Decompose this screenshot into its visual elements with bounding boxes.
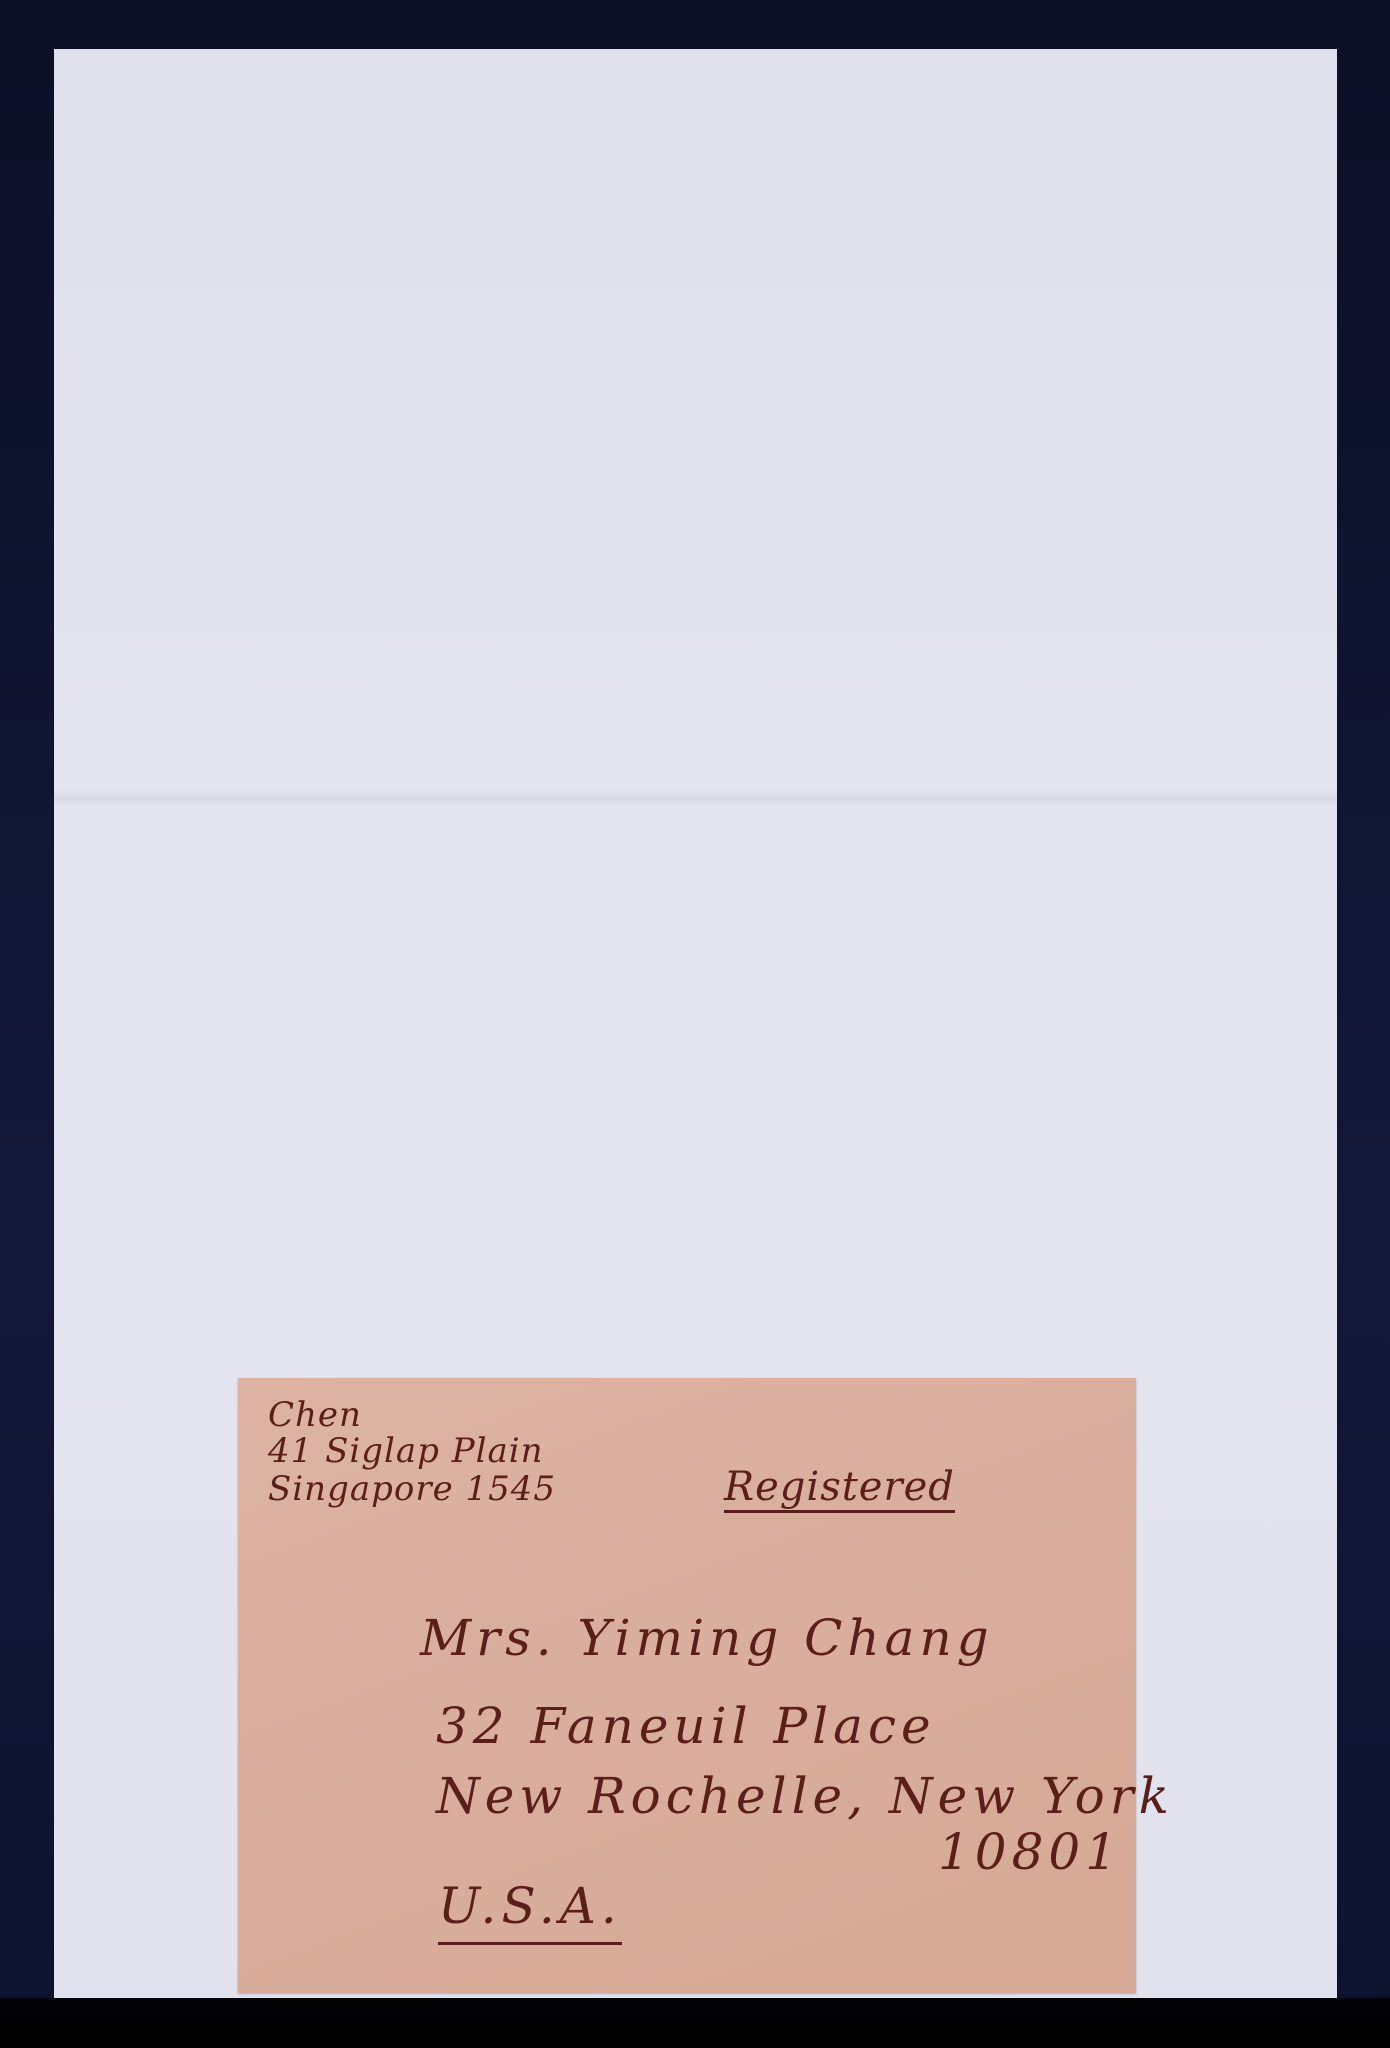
recipient-city-state: New Rochelle, New York [436,1766,1174,1826]
recipient-zip: 10801 [938,1822,1122,1882]
return-address-city: Singapore 1545 [268,1470,556,1508]
recipient-name: Mrs. Yiming Chang [420,1608,994,1668]
envelope: Chen 41 Siglap Plain Singapore 1545 Regi… [238,1378,1136,1993]
return-address-name: Chen [268,1396,362,1434]
registered-annotation: Registered [724,1468,955,1513]
recipient-country: U.S.A. [438,1876,622,1945]
return-address-street: 41 Siglap Plain [268,1432,544,1470]
paper-fold-line [54,789,1337,807]
recipient-street: 32 Faneuil Place [436,1696,936,1756]
